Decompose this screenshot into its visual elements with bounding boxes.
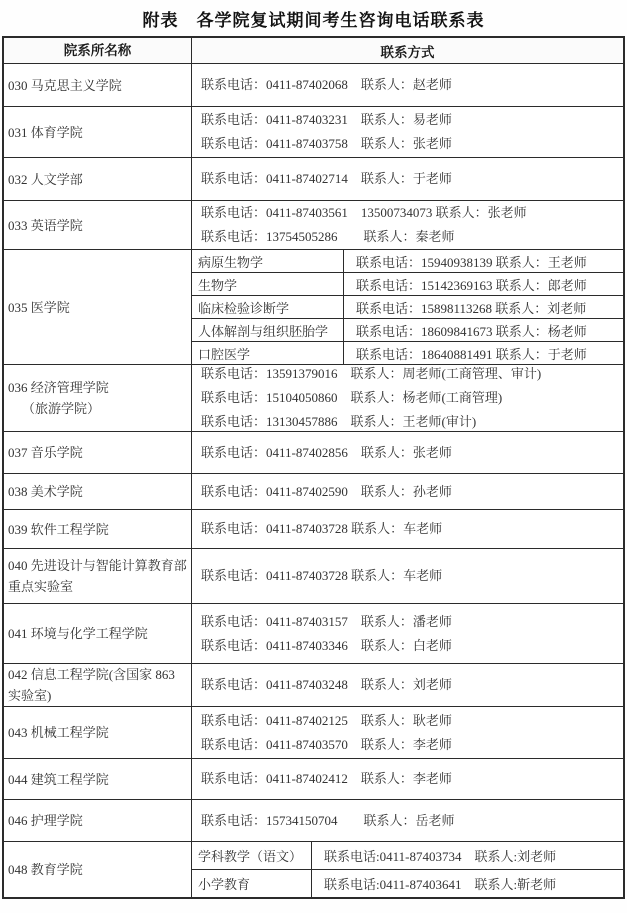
department-name: 048 教育学院 xyxy=(4,842,192,897)
major-name: 病原生物学 xyxy=(192,250,344,272)
major-subrow: 临床检验诊断学 联系电话：15898113268 联系人：刘老师 xyxy=(192,295,623,318)
department-name: 033 英语学院 xyxy=(4,201,192,249)
department-name: 042 信息工程学院(含国家 863 实验室) xyxy=(4,664,192,706)
department-name: 046 护理学院 xyxy=(4,800,192,841)
contact-cell: 学科教学（语文） 联系电话:0411-87403734 联系人:刘老师 小学教育… xyxy=(192,842,623,897)
department-name: 035 医学院 xyxy=(4,250,192,364)
department-name: 040 先进设计与智能计算教育部重点实验室 xyxy=(4,549,192,603)
contact-line: 联系电话：0411-87403561 13500734073 联系人：张老师 xyxy=(201,201,617,225)
contact-cell: 病原生物学 联系电话：15940938139 联系人：王老师 生物学 联系电话：… xyxy=(192,250,623,364)
page-title: 附表 各学院复试期间考生咨询电话联系表 xyxy=(2,2,625,36)
contact-line: 联系电话：15898113268 联系人：刘老师 xyxy=(344,296,623,318)
contact-cell: 联系电话：0411-87402068 联系人：赵老师 xyxy=(192,64,623,106)
table-row-048: 048 教育学院 学科教学（语文） 联系电话:0411-87403734 联系人… xyxy=(4,841,623,897)
contact-line: 联系电话：18640881491 联系人：于老师 xyxy=(344,342,623,364)
table-row-041: 041 环境与化学工程学院 联系电话：0411-87403157 联系人：潘老师… xyxy=(4,603,623,663)
contact-line: 联系电话：0411-87403248 联系人：刘老师 xyxy=(201,673,617,697)
contact-line: 联系电话：15734150704 联系人：岳老师 xyxy=(201,809,617,833)
table-row-046: 046 护理学院 联系电话：15734150704 联系人：岳老师 xyxy=(4,799,623,841)
department-name: 041 环境与化学工程学院 xyxy=(4,604,192,663)
contact-cell: 联系电话：13591379016 联系人：周老师(工商管理、审计) 联系电话：1… xyxy=(192,365,623,431)
contact-line: 联系电话：0411-87402714 联系人：于老师 xyxy=(201,167,617,191)
major-subrow: 生物学 联系电话：15142369163 联系人：郎老师 xyxy=(192,272,623,295)
table-row-033: 033 英语学院 联系电话：0411-87403561 13500734073 … xyxy=(4,200,623,249)
contact-cell: 联系电话：0411-87403728 联系人：车老师 xyxy=(192,549,623,603)
major-name: 口腔医学 xyxy=(192,342,344,364)
contact-line: 联系电话：18609841673 联系人：杨老师 xyxy=(344,319,623,341)
contact-cell: 联系电话：0411-87403248 联系人：刘老师 xyxy=(192,664,623,706)
department-name: 039 软件工程学院 xyxy=(4,510,192,548)
contact-line: 联系电话：0411-87402068 联系人：赵老师 xyxy=(201,73,617,97)
major-name: 生物学 xyxy=(192,273,344,295)
contact-cell: 联系电话：0411-87403157 联系人：潘老师 联系电话：0411-874… xyxy=(192,604,623,663)
major-subrow: 病原生物学 联系电话：15940938139 联系人：王老师 xyxy=(192,250,623,272)
table-row-036: 036 经济管理学院 （旅游学院） 联系电话：13591379016 联系人：周… xyxy=(4,364,623,431)
department-name: 031 体育学院 xyxy=(4,107,192,157)
department-name: 038 美术学院 xyxy=(4,474,192,509)
header-contact: 联系方式 xyxy=(192,38,623,63)
major-subrow: 小学教育 联系电话:0411-87403641 联系人:靳老师 xyxy=(192,869,623,897)
contact-line: 联系电话：0411-87403231 联系人：易老师 xyxy=(201,108,617,132)
contact-line: 联系电话：13591379016 联系人：周老师(工商管理、审计) xyxy=(201,362,617,386)
contact-line: 联系电话：15104050860 联系人：杨老师(工商管理) xyxy=(201,386,617,410)
document-page: 附表 各学院复试期间考生咨询电话联系表 院系所名称 联系方式 030 马克思主义… xyxy=(0,0,627,913)
contact-cell: 联系电话：0411-87403561 13500734073 联系人：张老师 联… xyxy=(192,201,623,249)
department-name: 037 音乐学院 xyxy=(4,432,192,473)
department-name: 036 经济管理学院 （旅游学院） xyxy=(4,365,192,431)
contact-cell: 联系电话：15734150704 联系人：岳老师 xyxy=(192,800,623,841)
table-header-row: 院系所名称 联系方式 xyxy=(4,38,623,63)
department-name: 043 机械工程学院 xyxy=(4,707,192,758)
header-department: 院系所名称 xyxy=(4,38,192,63)
contact-cell: 联系电话：0411-87402590 联系人：孙老师 xyxy=(192,474,623,509)
major-subrow: 口腔医学 联系电话：18640881491 联系人：于老师 xyxy=(192,341,623,364)
major-subrow: 人体解剖与组织胚胎学 联系电话：18609841673 联系人：杨老师 xyxy=(192,318,623,341)
major-name: 人体解剖与组织胚胎学 xyxy=(192,319,344,341)
contact-cell: 联系电话：0411-87402714 联系人：于老师 xyxy=(192,158,623,200)
contact-cell: 联系电话：0411-87403728 联系人：车老师 xyxy=(192,510,623,548)
contact-line: 联系电话：13130457886 联系人：王老师(审计) xyxy=(201,410,617,434)
contact-line: 联系电话:0411-87403641 联系人:靳老师 xyxy=(312,870,623,897)
contact-cell: 联系电话：0411-87402125 联系人：耿老师 联系电话：0411-874… xyxy=(192,707,623,758)
table-row-042: 042 信息工程学院(含国家 863 实验室) 联系电话：0411-874032… xyxy=(4,663,623,706)
department-name: 030 马克思主义学院 xyxy=(4,64,192,106)
contact-line: 联系电话：0411-87403758 联系人：张老师 xyxy=(201,132,617,156)
contact-line: 联系电话:0411-87403734 联系人:刘老师 xyxy=(312,842,623,869)
contact-table: 院系所名称 联系方式 030 马克思主义学院 联系电话：0411-8740206… xyxy=(2,36,625,899)
contact-line: 联系电话：0411-87403728 联系人：车老师 xyxy=(201,517,617,541)
contact-line: 联系电话：0411-87402856 联系人：张老师 xyxy=(201,441,617,465)
contact-line: 联系电话：15142369163 联系人：郎老师 xyxy=(344,273,623,295)
table-row-031: 031 体育学院 联系电话：0411-87403231 联系人：易老师 联系电话… xyxy=(4,106,623,157)
table-row-032: 032 人文学部 联系电话：0411-87402714 联系人：于老师 xyxy=(4,157,623,200)
contact-line: 联系电话：0411-87403157 联系人：潘老师 xyxy=(201,610,617,634)
table-row-035: 035 医学院 病原生物学 联系电话：15940938139 联系人：王老师 生… xyxy=(4,249,623,364)
contact-line: 联系电话：0411-87402125 联系人：耿老师 xyxy=(201,709,617,733)
table-row-040: 040 先进设计与智能计算教育部重点实验室 联系电话：0411-87403728… xyxy=(4,548,623,603)
table-row-043: 043 机械工程学院 联系电话：0411-87402125 联系人：耿老师 联系… xyxy=(4,706,623,758)
department-name-line: （旅游学院） xyxy=(8,398,188,419)
contact-cell: 联系电话：0411-87402856 联系人：张老师 xyxy=(192,432,623,473)
major-name: 临床检验诊断学 xyxy=(192,296,344,318)
table-row-039: 039 软件工程学院 联系电话：0411-87403728 联系人：车老师 xyxy=(4,509,623,548)
major-name: 小学教育 xyxy=(192,870,312,897)
table-row-037: 037 音乐学院 联系电话：0411-87402856 联系人：张老师 xyxy=(4,431,623,473)
contact-line: 联系电话：0411-87403346 联系人：白老师 xyxy=(201,634,617,658)
department-name: 044 建筑工程学院 xyxy=(4,759,192,799)
contact-line: 联系电话：13754505286 联系人：秦老师 xyxy=(201,225,617,249)
contact-line: 联系电话：0411-87402590 联系人：孙老师 xyxy=(201,480,617,504)
contact-line: 联系电话：0411-87403728 联系人：车老师 xyxy=(201,564,617,588)
contact-line: 联系电话：0411-87402412 联系人：李老师 xyxy=(201,767,617,791)
department-name-line: 036 经济管理学院 xyxy=(8,377,188,398)
contact-cell: 联系电话：0411-87402412 联系人：李老师 xyxy=(192,759,623,799)
department-name: 032 人文学部 xyxy=(4,158,192,200)
table-row-038: 038 美术学院 联系电话：0411-87402590 联系人：孙老师 xyxy=(4,473,623,509)
contact-line: 联系电话：0411-87403570 联系人：李老师 xyxy=(201,733,617,757)
contact-line: 联系电话：15940938139 联系人：王老师 xyxy=(344,250,623,272)
table-row-044: 044 建筑工程学院 联系电话：0411-87402412 联系人：李老师 xyxy=(4,758,623,799)
contact-cell: 联系电话：0411-87403231 联系人：易老师 联系电话：0411-874… xyxy=(192,107,623,157)
table-row-030: 030 马克思主义学院 联系电话：0411-87402068 联系人：赵老师 xyxy=(4,63,623,106)
major-name: 学科教学（语文） xyxy=(192,842,312,869)
major-subrow: 学科教学（语文） 联系电话:0411-87403734 联系人:刘老师 xyxy=(192,842,623,869)
